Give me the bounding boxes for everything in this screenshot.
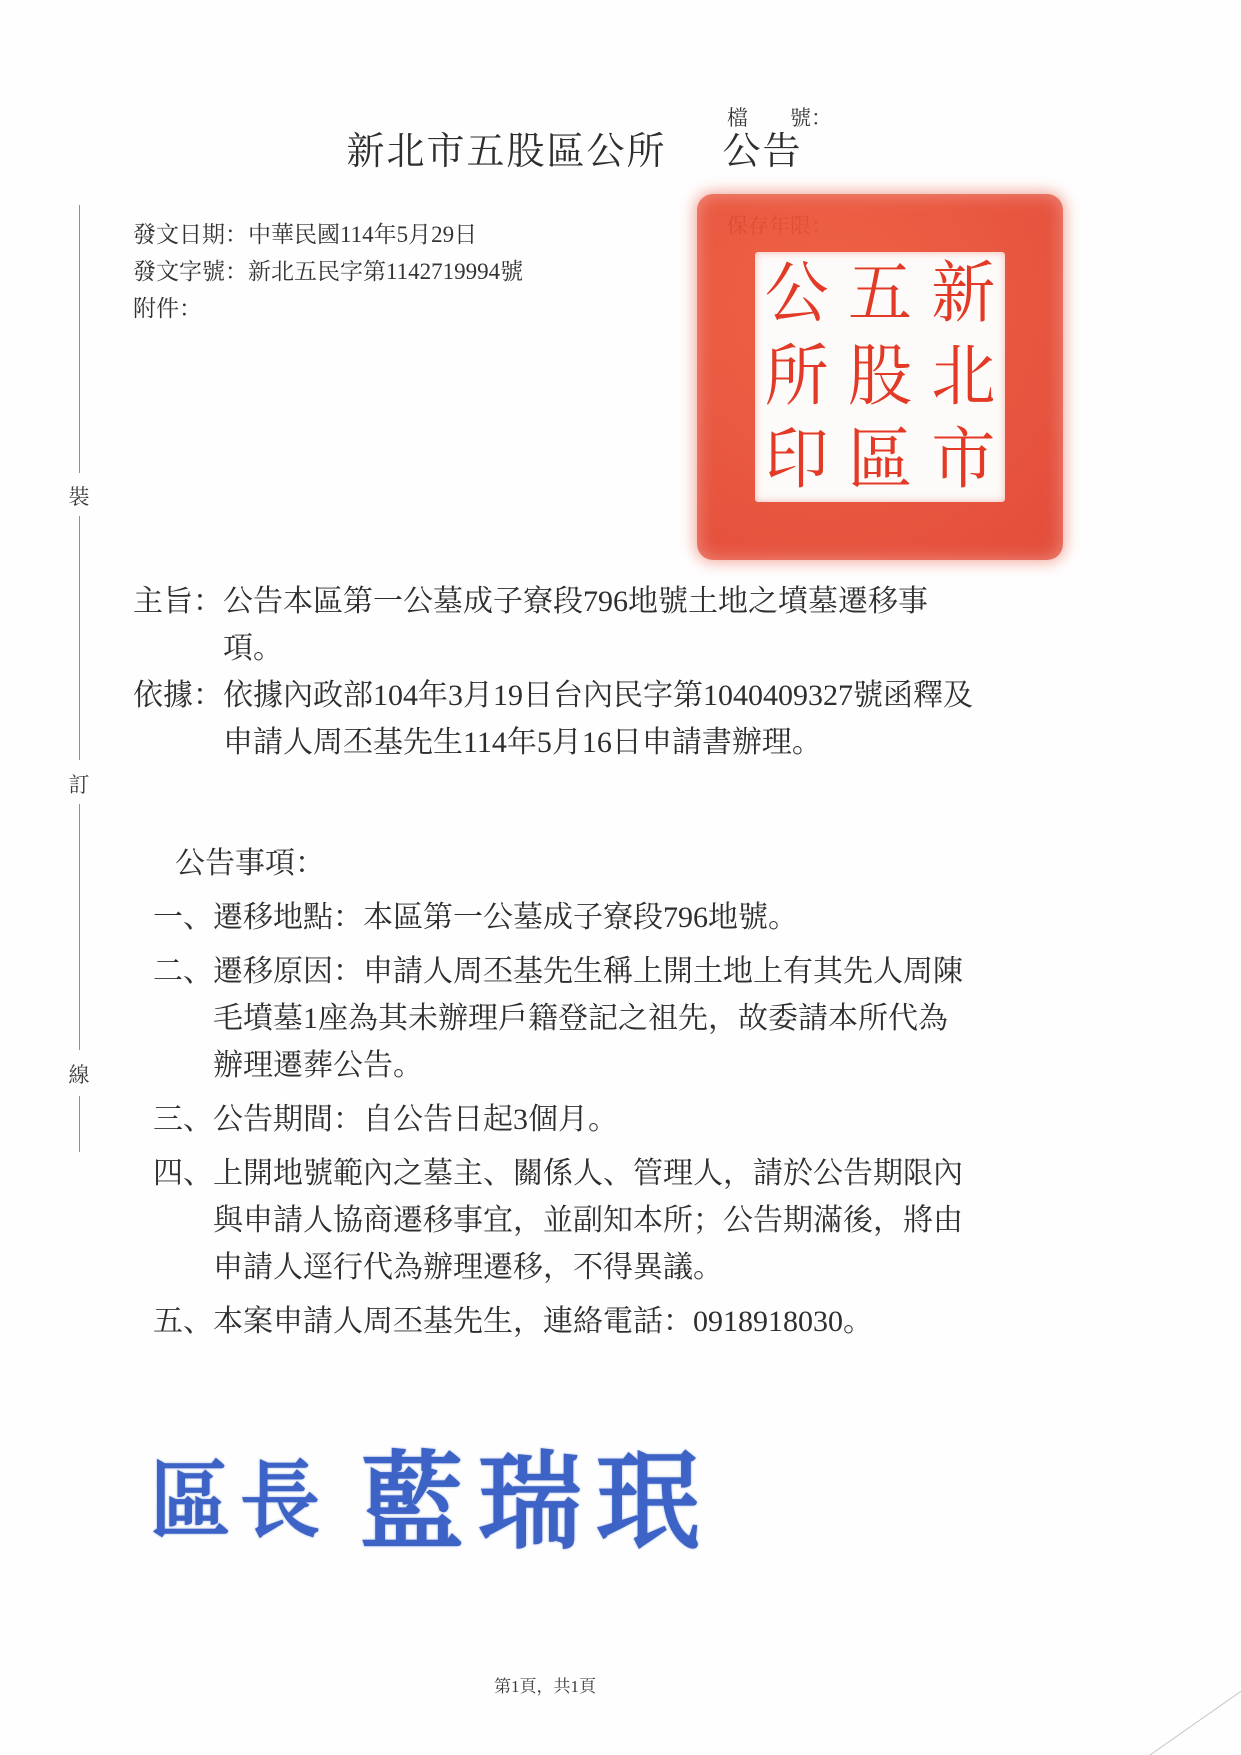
- item-lines: 本案申請人周丕基先生，連絡電話：0918918030。: [213, 1298, 873, 1345]
- subject-label: 主旨：: [133, 578, 223, 672]
- issue-date-value: 中華民國114年5月29日: [248, 222, 477, 247]
- binding-margin-line: [79, 1096, 80, 1152]
- subject-line: 項。: [223, 625, 928, 672]
- binding-mark-xian: 線: [69, 1056, 90, 1092]
- item-line: 公告期間：自公告日起3個月。: [213, 1096, 618, 1143]
- item-line: 毛墳墓1座為其未辦理戶籍登記之祖先，故委請本所代為: [213, 995, 963, 1042]
- item-line: 辦理遷葬公告。: [213, 1042, 963, 1089]
- attachment-row: 附件：: [133, 290, 523, 327]
- district-chief-signature-stamp: 區長 藍瑞珉: [150, 1418, 714, 1568]
- issue-number-label: 發文字號：: [133, 259, 248, 284]
- subject-block: 主旨： 公告本區第一公墓成子寮段796地號土地之墳墓遷移事 項。: [133, 578, 1113, 672]
- issue-meta-block: 發文日期：中華民國114年5月29日 發文字號：新北五民字第1142719994…: [133, 216, 523, 327]
- announcement-item-5: 五、 本案申請人周丕基先生，連絡電話：0918918030。: [153, 1298, 1113, 1345]
- announcement-items-heading: 公告事項：: [175, 840, 1113, 887]
- item-line: 遷移地點：本區第一公墓成子寮段796地號。: [213, 894, 798, 941]
- subject-lines: 公告本區第一公墓成子寮段796地號土地之墳墓遷移事 項。: [223, 578, 928, 672]
- basis-line: 依據內政部104年3月19日台內民字第1040409327號函釋及: [223, 672, 973, 719]
- item-line: 本案申請人周丕基先生，連絡電話：0918918030。: [213, 1298, 873, 1345]
- seal-character-grid: 公 五 新 所 股 北 印 區 市: [755, 252, 1005, 502]
- announcement-item-1: 一、 遷移地點：本區第一公墓成子寮段796地號。: [153, 894, 1113, 941]
- seal-char: 股: [848, 343, 912, 410]
- chief-title: 區長: [150, 1433, 330, 1554]
- item-number: 四、: [153, 1150, 213, 1291]
- issue-number-value: 新北五民字第1142719994號: [248, 259, 523, 284]
- issuing-office-name: 新北市五股區公所: [346, 120, 666, 175]
- page-number-footer: 第1頁，共1頁: [0, 1672, 1090, 1697]
- document-body: 主旨： 公告本區第一公墓成子寮段796地號土地之墳墓遷移事 項。 依據： 依據內…: [133, 578, 1113, 1345]
- seal-char: 公: [765, 260, 829, 327]
- seal-char: 五: [848, 260, 912, 327]
- item-line: 遷移原因：申請人周丕基先生稱上開土地上有其先人周陳: [213, 948, 963, 995]
- announcement-item-2: 二、 遷移原因：申請人周丕基先生稱上開土地上有其先人周陳 毛墳墓1座為其未辦理戶…: [153, 948, 1113, 1089]
- item-lines: 公告期間：自公告日起3個月。: [213, 1096, 618, 1143]
- document-type-label: 公告: [723, 120, 803, 175]
- announcement-document-page: 檔 號： 保存年限： 新北市五股區公所 公告 發文日期：中華民國114年5月29…: [0, 0, 1241, 1755]
- basis-line: 申請人周丕基先生114年5月16日申請書辦理。: [223, 719, 973, 766]
- item-number: 五、: [153, 1298, 213, 1345]
- item-line: 上開地號範內之墓主、關係人、管理人，請於公告期限內: [213, 1150, 963, 1197]
- announcement-item-3: 三、 公告期間：自公告日起3個月。: [153, 1096, 1113, 1143]
- seal-char: 印: [765, 427, 829, 494]
- page-title: 新北市五股區公所 公告: [0, 120, 1195, 175]
- item-number: 三、: [153, 1096, 213, 1143]
- item-lines: 遷移原因：申請人周丕基先生稱上開土地上有其先人周陳 毛墳墓1座為其未辦理戶籍登記…: [213, 948, 963, 1089]
- binding-margin-line: [79, 804, 80, 1050]
- seal-char: 所: [765, 343, 829, 410]
- item-number: 一、: [153, 894, 213, 941]
- issue-number-row: 發文字號：新北五民字第1142719994號: [133, 253, 523, 290]
- chief-name: 藍瑞珉: [360, 1417, 714, 1570]
- official-red-seal: 公 五 新 所 股 北 印 區 市: [697, 194, 1063, 560]
- binding-margin-line: [79, 205, 80, 473]
- binding-mark-ding: 訂: [69, 766, 90, 802]
- seal-char: 北: [931, 343, 995, 410]
- announcement-item-4: 四、 上開地號範內之墓主、關係人、管理人，請於公告期限內 與申請人協商遷移事宜，…: [153, 1150, 1113, 1291]
- seal-char: 市: [931, 427, 995, 494]
- binding-margin-line: [79, 516, 80, 760]
- issue-date-label: 發文日期：: [133, 222, 248, 247]
- item-number: 二、: [153, 948, 213, 1089]
- seal-char: 區: [848, 427, 912, 494]
- basis-label: 依據：: [133, 672, 223, 766]
- item-line: 與申請人協商遷移事宜，並副知本所；公告期滿後，將由: [213, 1197, 963, 1244]
- basis-lines: 依據內政部104年3月19日台內民字第1040409327號函釋及 申請人周丕基…: [223, 672, 973, 766]
- attachment-label: 附件：: [133, 296, 202, 321]
- basis-block: 依據： 依據內政部104年3月19日台內民字第1040409327號函釋及 申請…: [133, 672, 1113, 766]
- seal-char: 新: [931, 260, 995, 327]
- item-lines: 上開地號範內之墓主、關係人、管理人，請於公告期限內 與申請人協商遷移事宜，並副知…: [213, 1150, 963, 1291]
- item-lines: 遷移地點：本區第一公墓成子寮段796地號。: [213, 894, 798, 941]
- title-spacer: [667, 120, 723, 175]
- item-line: 申請人逕行代為辦理遷移，不得異議。: [213, 1244, 963, 1291]
- binding-mark-zhuang: 裝: [69, 478, 90, 514]
- issue-date-row: 發文日期：中華民國114年5月29日: [133, 216, 523, 253]
- subject-line: 公告本區第一公墓成子寮段796地號土地之墳墓遷移事: [223, 578, 928, 625]
- scan-artifact-line: [1139, 1670, 1241, 1755]
